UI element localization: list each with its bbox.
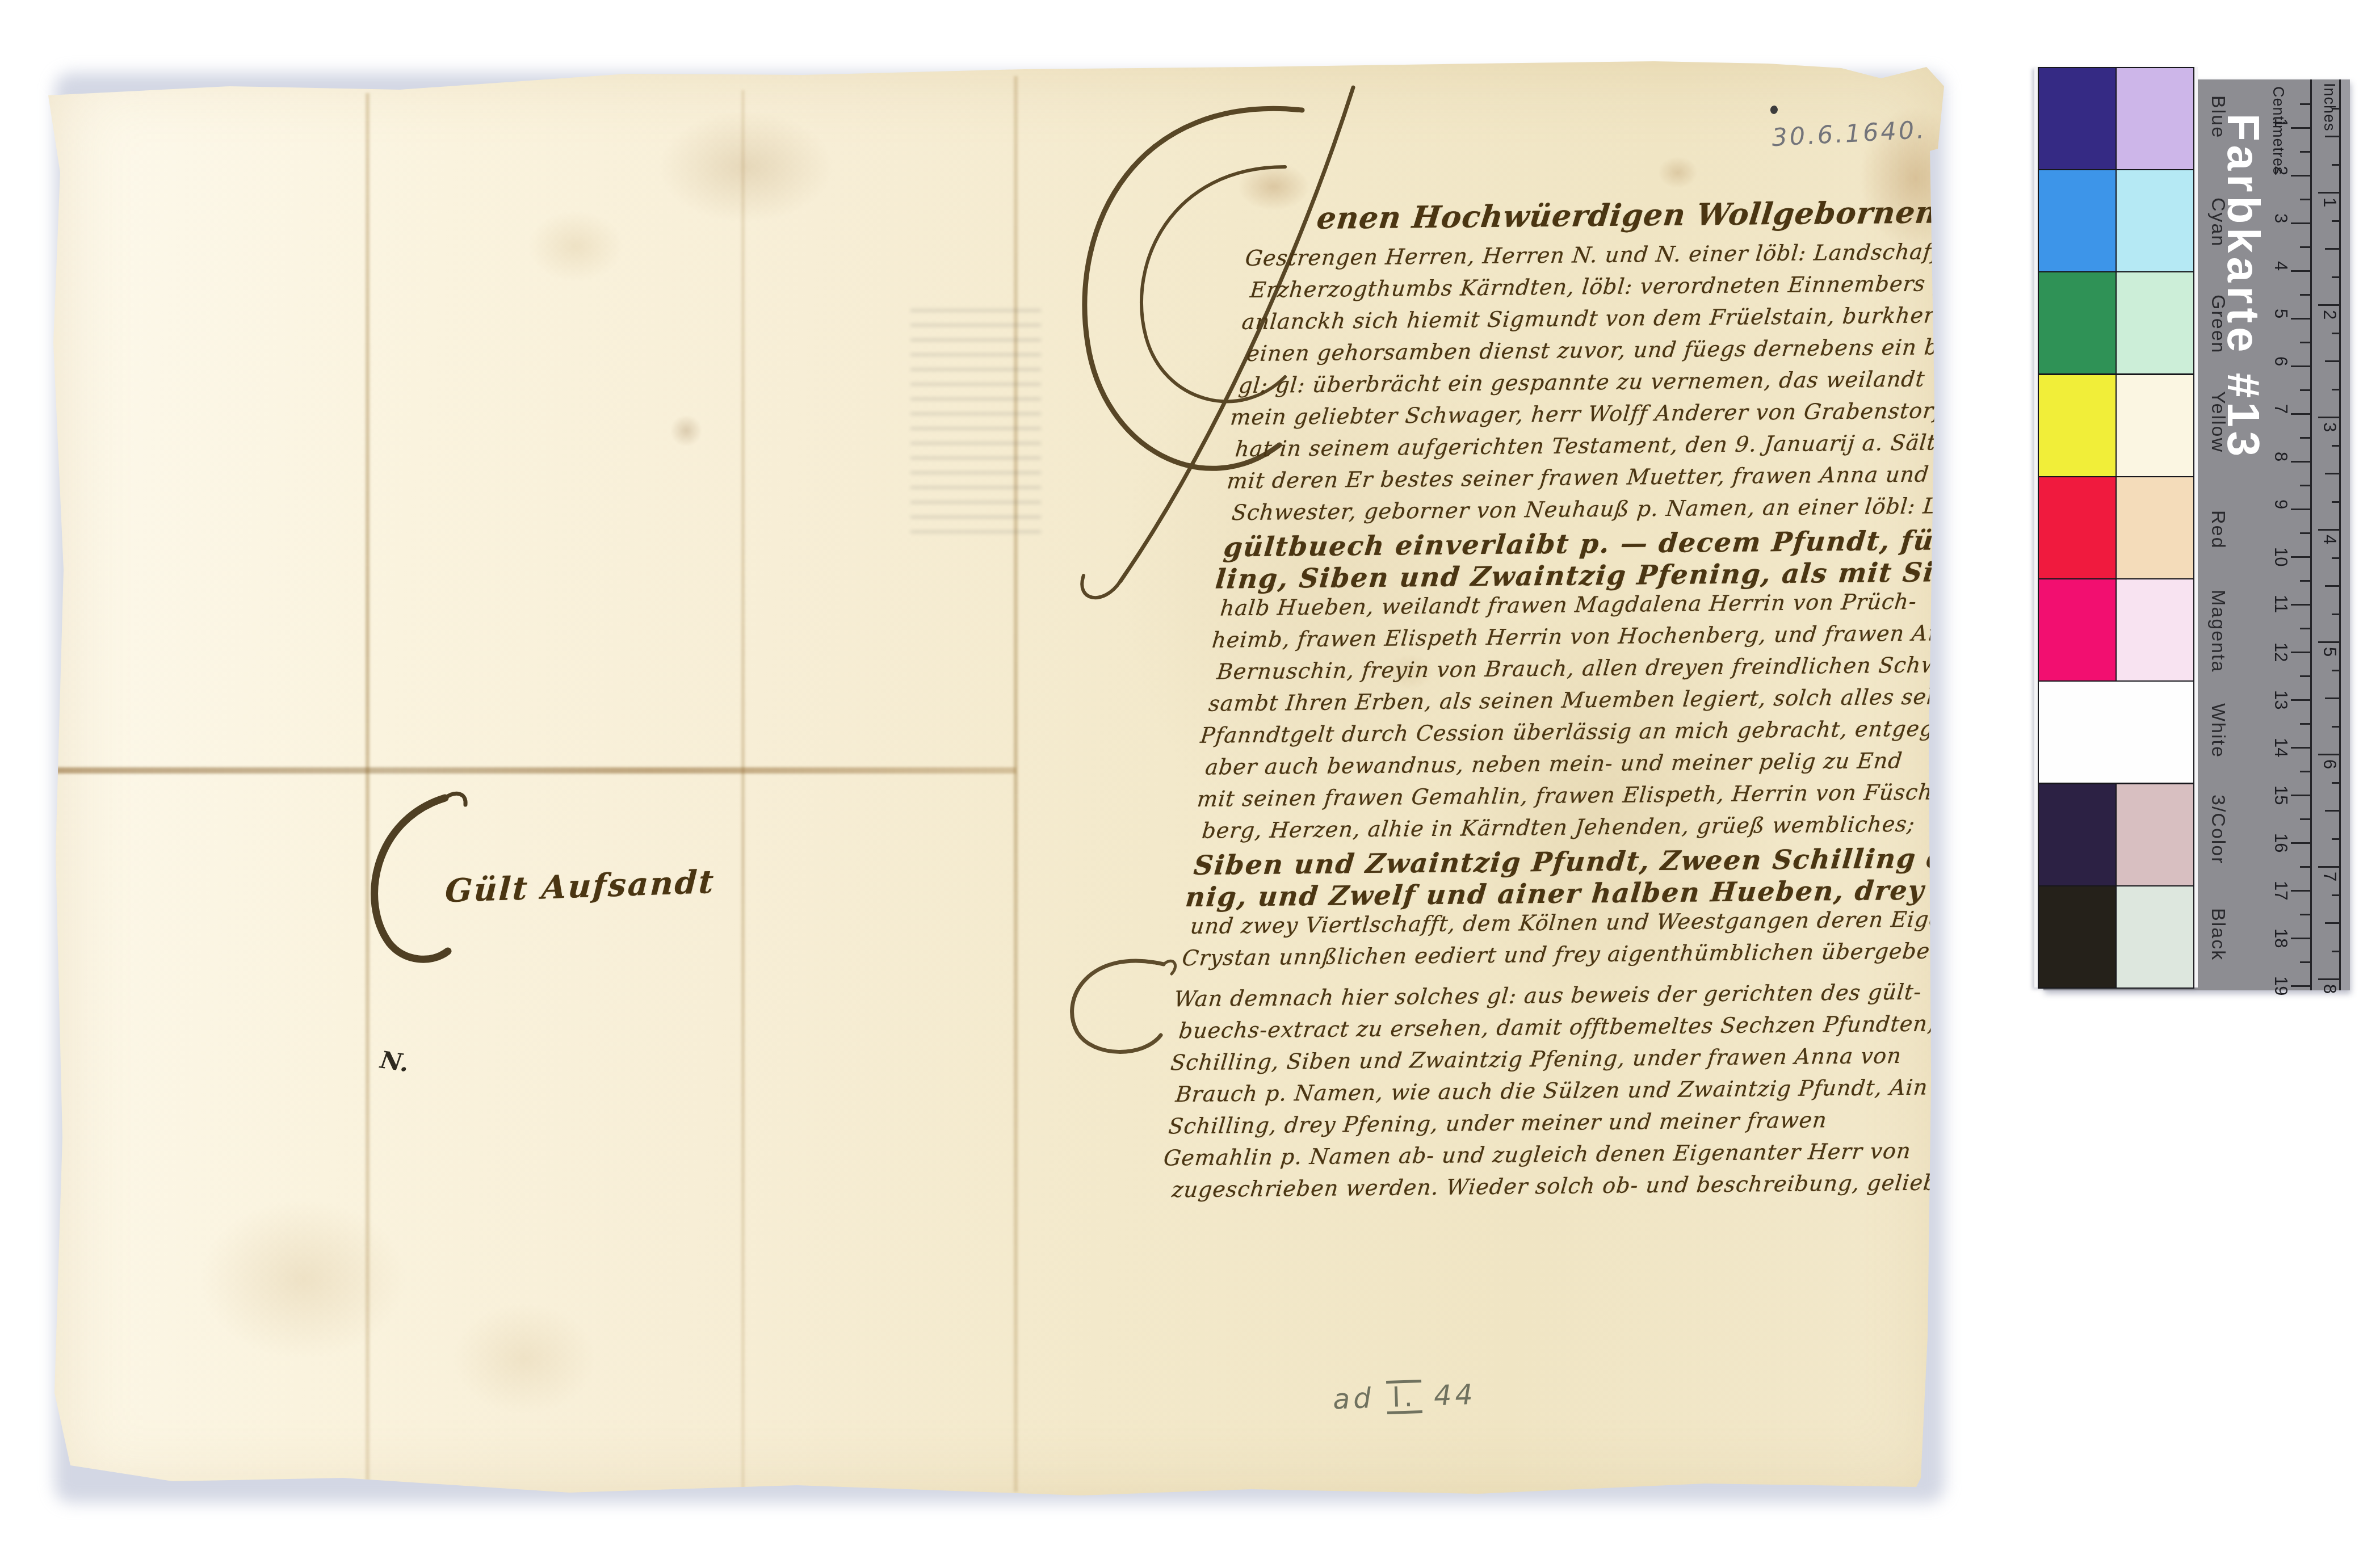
- inch-quarter-tick: [2332, 445, 2340, 447]
- swatch-label-white: White: [2207, 703, 2229, 758]
- cm-number-19: 19: [2270, 976, 2291, 995]
- cm-number-16: 16: [2270, 833, 2291, 852]
- cm-number-8: 8: [2270, 452, 2291, 461]
- cm-tick-5: [2291, 318, 2310, 320]
- manuscript-opening-line: enen Hochwüerdigen Wollgebornen, Wolledl: [1315, 194, 2092, 236]
- cm-tick-3: [2291, 222, 2310, 224]
- cm-tick-19: [2291, 985, 2310, 987]
- cm-number-4: 4: [2270, 261, 2291, 271]
- cm-half-tick: [2300, 437, 2310, 439]
- inch-quarter-tick: [2332, 108, 2340, 110]
- inch-number-1: 1: [2319, 197, 2340, 207]
- paragraph-flourish: [1044, 944, 1181, 1064]
- swatch-yellow-solid: [2038, 374, 2117, 477]
- pencil-date-note: 30.6.1640.: [1770, 86, 1951, 152]
- inch-quarter-tick: [2332, 501, 2340, 503]
- inch-tick-3: [2318, 417, 2340, 418]
- archival-note: ad I. 44: [1332, 1378, 1477, 1417]
- cm-number-14: 14: [2270, 738, 2291, 757]
- color-swatch-sheet: [2034, 67, 2198, 987]
- inch-quarter-tick: [2332, 220, 2340, 222]
- docket-n-mark: N.: [379, 1046, 411, 1078]
- archival-note-number: 44: [1433, 1379, 1476, 1413]
- ruler-cm-label: Centimetres: [2269, 86, 2287, 175]
- inch-quarter-tick: [2332, 670, 2340, 671]
- ruler-inch-label: Inches: [2320, 83, 2338, 132]
- inch-quarter-tick: [2332, 726, 2340, 728]
- cm-number-10: 10: [2270, 547, 2291, 566]
- inch-tick-1: [2318, 192, 2340, 194]
- cm-half-tick: [2300, 961, 2310, 963]
- cm-half-tick: [2300, 675, 2310, 677]
- cm-half-tick: [2300, 246, 2310, 248]
- cm-tick-14: [2291, 747, 2310, 749]
- swatch-3-color-tint: [2115, 783, 2194, 886]
- cm-half-tick: [2300, 866, 2310, 868]
- cm-half-tick: [2300, 771, 2310, 772]
- inch-number-2: 2: [2319, 310, 2340, 320]
- cm-number-7: 7: [2270, 404, 2291, 414]
- inch-tick-5: [2318, 641, 2340, 643]
- cm-number-9: 9: [2270, 499, 2291, 509]
- cm-tick-10: [2291, 556, 2310, 558]
- cm-tick-8: [2291, 461, 2310, 463]
- inch-tick-2: [2318, 304, 2340, 306]
- color-card-title: Farbkarte #13: [2217, 114, 2269, 460]
- swatch-3-color-solid: [2038, 783, 2117, 886]
- color-card-right-edge: [2341, 79, 2350, 990]
- swatch-label-red: Red: [2207, 510, 2229, 549]
- inch-number-3: 3: [2319, 422, 2340, 432]
- cm-tick-15: [2291, 795, 2310, 796]
- swatch-magenta-tint: [2115, 578, 2194, 682]
- cm-half-tick: [2300, 103, 2310, 105]
- archival-note-prefix: ad: [1332, 1382, 1375, 1416]
- cm-number-12: 12: [2270, 642, 2291, 662]
- swatch-cyan-tint: [2115, 169, 2194, 272]
- scan-stage: enen Hochwüerdigen Wollgebornen, Wolledl…: [0, 0, 2380, 1559]
- cm-half-tick: [2300, 723, 2310, 725]
- inch-quarter-tick: [2332, 276, 2340, 278]
- swatch-magenta-solid: [2038, 578, 2117, 682]
- inch-number-5: 5: [2319, 647, 2340, 657]
- cm-half-tick: [2300, 294, 2310, 296]
- inch-tick-4: [2318, 529, 2340, 531]
- cm-tick-13: [2291, 699, 2310, 701]
- cm-number-5: 5: [2270, 309, 2291, 318]
- swatch-white: [2038, 680, 2194, 784]
- inch-tick-7: [2318, 866, 2340, 868]
- inch-quarter-tick: [2332, 838, 2340, 840]
- inch-number-7: 7: [2319, 872, 2340, 881]
- inch-half-tick: [2325, 810, 2340, 812]
- inch-quarter-tick: [2332, 333, 2340, 334]
- swatch-green-solid: [2038, 271, 2117, 375]
- inch-half-tick: [2325, 473, 2340, 474]
- inch-quarter-tick: [2332, 782, 2340, 784]
- cm-number-11: 11: [2270, 595, 2291, 613]
- archival-note-numeral: I.: [1386, 1380, 1422, 1414]
- inch-half-tick: [2325, 136, 2340, 137]
- cm-number-1: 1: [2270, 118, 2291, 128]
- cm-half-tick: [2300, 342, 2310, 343]
- cm-half-tick: [2300, 914, 2310, 915]
- cm-number-15: 15: [2270, 785, 2291, 805]
- inch-half-tick: [2325, 697, 2340, 699]
- cm-number-6: 6: [2270, 356, 2291, 366]
- inch-tick-8: [2318, 978, 2340, 980]
- cm-tick-2: [2291, 175, 2310, 177]
- cm-half-tick: [2300, 199, 2310, 200]
- manuscript-paper: enen Hochwüerdigen Wollgebornen, Wolledl…: [48, 59, 1949, 1503]
- inch-quarter-tick: [2332, 557, 2340, 559]
- cm-half-tick: [2300, 532, 2310, 534]
- swatch-label-black: Black: [2207, 908, 2229, 961]
- cm-number-2: 2: [2270, 166, 2291, 175]
- ink-dot: [1770, 105, 1778, 115]
- swatch-blue-tint: [2115, 67, 2194, 170]
- inch-number-4: 4: [2319, 535, 2340, 544]
- cm-half-tick: [2300, 580, 2310, 582]
- cm-half-tick: [2300, 151, 2310, 153]
- cm-number-13: 13: [2270, 690, 2291, 709]
- swatch-green-tint: [2115, 271, 2194, 375]
- swatch-label-magenta: Magenta: [2207, 590, 2229, 673]
- cm-half-tick: [2300, 389, 2310, 391]
- cm-tick-7: [2291, 413, 2310, 415]
- cm-tick-16: [2291, 842, 2310, 844]
- inch-half-tick: [2325, 922, 2340, 924]
- cm-tick-11: [2291, 604, 2310, 606]
- ruler-cm-baseline: [2310, 79, 2312, 990]
- cm-number-3: 3: [2270, 213, 2291, 223]
- inch-tick-6: [2318, 754, 2340, 755]
- swatch-red-tint: [2115, 476, 2194, 579]
- swatch-cyan-solid: [2038, 169, 2117, 272]
- inch-quarter-tick: [2332, 613, 2340, 615]
- cm-half-tick: [2300, 818, 2310, 820]
- swatch-black-solid: [2038, 885, 2117, 989]
- inch-half-tick: [2325, 585, 2340, 587]
- cm-tick-4: [2291, 270, 2310, 272]
- cm-tick-9: [2291, 509, 2310, 510]
- cm-half-tick: [2300, 485, 2310, 486]
- cm-tick-17: [2291, 890, 2310, 892]
- cm-tick-6: [2291, 365, 2310, 367]
- inch-quarter-tick: [2332, 894, 2340, 896]
- cm-tick-18: [2291, 938, 2310, 939]
- cm-half-tick: [2300, 628, 2310, 629]
- inch-number-6: 6: [2319, 759, 2340, 769]
- swatch-blue-solid: [2038, 67, 2117, 170]
- cm-tick-1: [2291, 127, 2310, 129]
- swatch-black-tint: [2115, 885, 2194, 989]
- swatch-label-3-color: 3/Color: [2207, 795, 2229, 865]
- ink-showthrough: [910, 309, 1041, 536]
- inch-number-8: 8: [2319, 984, 2340, 994]
- inch-half-tick: [2325, 248, 2340, 250]
- cm-number-18: 18: [2270, 928, 2291, 948]
- inch-quarter-tick: [2332, 389, 2340, 390]
- cm-tick-12: [2291, 652, 2310, 653]
- cm-number-17: 17: [2270, 881, 2291, 900]
- swatch-red-solid: [2038, 476, 2117, 579]
- inch-half-tick: [2325, 360, 2340, 362]
- inch-quarter-tick: [2332, 164, 2340, 166]
- swatch-yellow-tint: [2115, 374, 2194, 477]
- inch-quarter-tick: [2332, 951, 2340, 952]
